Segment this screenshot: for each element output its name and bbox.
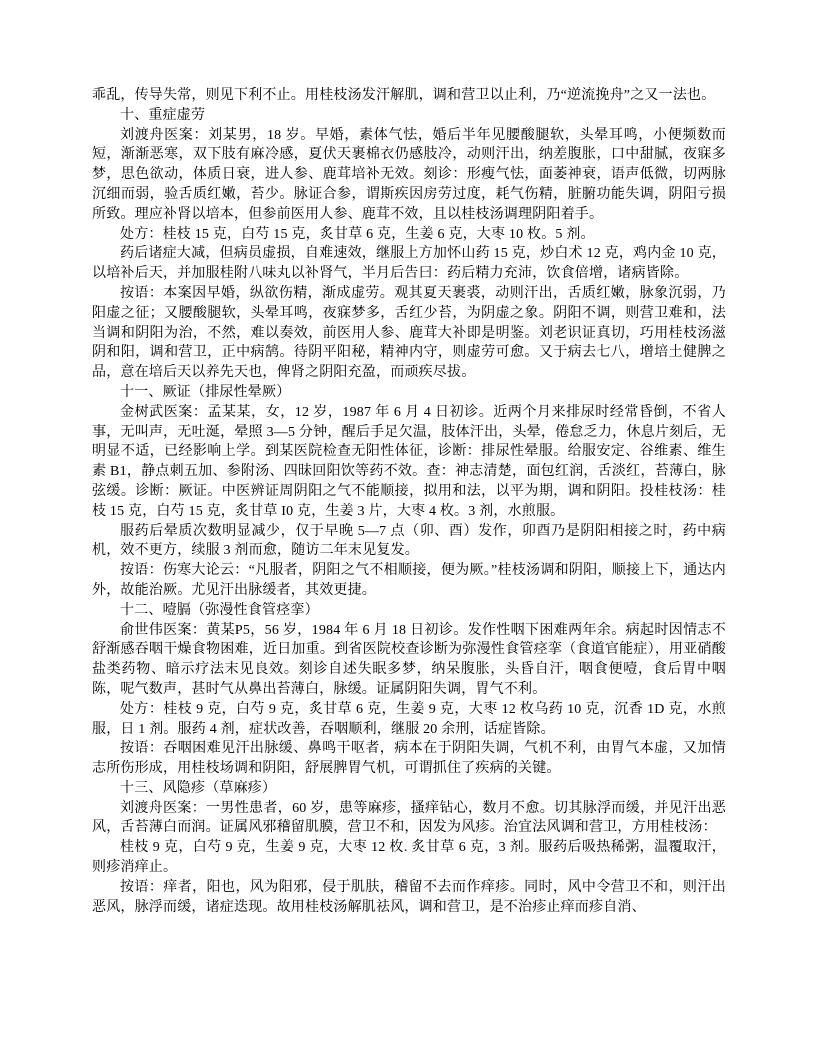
section-heading: 十一、厥证（排尿性晕厥） — [92, 383, 726, 403]
paragraph: 处方：桂枝 9 克，白芍 9 克，炙甘草 6 克，生姜 9 克，大枣 12 枚乌… — [92, 700, 726, 740]
paragraph: 刘渡舟医案：刘某男，18 岁。早婚，素体气怯，婚后半年见腰酸腿软，头晕耳鸣，小便… — [92, 126, 726, 225]
paragraph: 按语：痒者，阳也，风为阳邪，侵于肌肤，稽留不去而作痒疹。同时，风中令营卫不和，则… — [92, 878, 726, 918]
paragraph: 服药后晕质次数明显减少，仅于早晚 5—7 点（卯、酉）发作，卯酉乃是阴阳相接之时… — [92, 522, 726, 562]
paragraph: 金树武医案：孟某某，女，12 岁，1987 年 6 月 4 日初诊。近两个月来排… — [92, 403, 726, 522]
document-body: 乖乱，传导失常，则见下利不止。用桂枝汤发汗解肌，调和营卫以止利，乃“逆流挽舟”之… — [92, 86, 726, 917]
paragraph: 按语：本案因早婚，纵欲伤精，渐成虚劳。观其夏天裹裘，动则汗出，舌质红嫩，脉象沉弱… — [92, 284, 726, 383]
paragraph: 药后诸症大减，但病员虚损，自难速效，继服上方加怀山药 15 克，炒白术 12 克… — [92, 244, 726, 284]
paragraph: 乖乱，传导失常，则见下利不止。用桂枝汤发汗解肌，调和营卫以止利，乃“逆流挽舟”之… — [92, 86, 726, 106]
document-page: 乖乱，传导失常，则见下利不止。用桂枝汤发汗解肌，调和营卫以止利，乃“逆流挽舟”之… — [0, 0, 816, 1056]
paragraph: 按语：吞咽困难见汗出脉缓、鼻鸣干呕者，病本在于阴阳失调，气机不利，由胃气本虚，又… — [92, 739, 726, 779]
section-heading: 十二、噎膈（弥漫性食管痉挛） — [92, 601, 726, 621]
paragraph: 桂枝 9 克，白芍 9 克，生姜 9 克，大枣 12 枚. 炙甘草 6 克，3 … — [92, 838, 726, 878]
paragraph: 俞世伟医案：黄某P5，56 岁，1984 年 6 月 18 日初诊。发作性咽下困… — [92, 621, 726, 700]
paragraph: 处方：桂枝 15 克，白芍 15 克，炙甘草 6 克，生姜 6 克，大枣 10 … — [92, 225, 726, 245]
section-heading: 十三、风隐疹（草麻疹） — [92, 779, 726, 799]
section-heading: 十、重症虚劳 — [92, 106, 726, 126]
paragraph: 按语：伤寒大论云：“凡服者，阴阳之气不相顺接，便为厥。”桂枝汤调和阴阳，顺接上下… — [92, 561, 726, 601]
paragraph: 刘渡舟医案：一男性患者，60 岁，患等麻疹，搔痒钻心，数月不愈。切其脉浮而缓，并… — [92, 799, 726, 839]
